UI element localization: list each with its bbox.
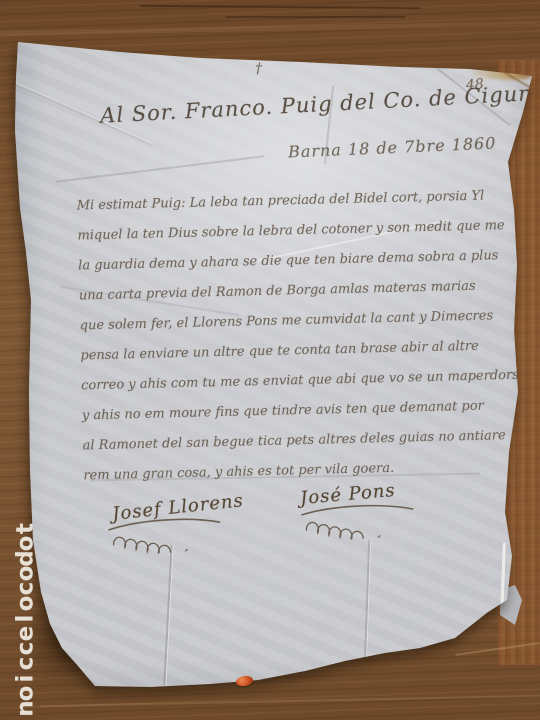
cross-mark: † [255,61,262,77]
letter-body: Mi estimat Puig: La leba tan preciada de… [76,181,528,492]
torn-edge-highlight [499,543,506,645]
paper-crease [364,540,370,665]
address-line: Al Sor. Franco. Puig del Co. de Cigurdi [100,80,540,128]
paper-wrapper: † 48 Al Sor. Franco. Puig del Co. de Cig… [0,0,540,720]
manuscript-paper: † 48 Al Sor. Franco. Puig del Co. de Cig… [0,0,540,720]
watermark-letter: n [19,694,34,720]
paper-crease [56,155,265,183]
watermark-todocoleccion: todocoleccion [11,521,41,716]
photo-of-manuscript: † 48 Al Sor. Franco. Puig del Co. de Cig… [0,0,540,720]
date-line: Barna 18 de 7bre 1860 [288,133,497,161]
signature-flourish [295,499,422,544]
paper-crease [163,545,172,685]
